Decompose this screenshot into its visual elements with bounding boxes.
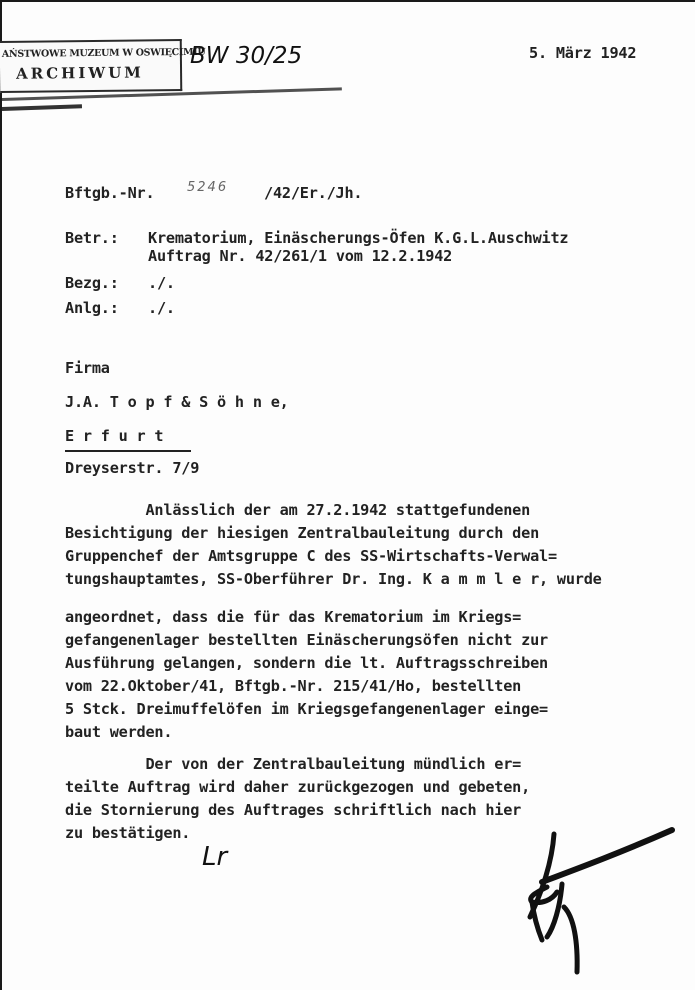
recipient-city: E r f u r t	[65, 427, 163, 445]
body-line: Der von der Zentralbauleitung mündlich e…	[65, 755, 521, 773]
stamp-rule-left	[2, 104, 82, 111]
body-line: gefangenenlager bestellten Einäscherungs…	[65, 631, 548, 649]
attachment-label: Anlg.:	[65, 299, 119, 317]
body-line: Gruppenchef der Amtsgruppe C des SS-Wirt…	[65, 547, 557, 565]
reference-suffix: /42/Er./Jh.	[264, 184, 362, 202]
relation-value: ./.	[148, 274, 175, 292]
body-line: tungshauptamtes, SS-Oberführer Dr. Ing. …	[65, 570, 602, 588]
body-line: angeordnet, dass die für das Krematorium…	[65, 608, 521, 626]
signature-icon	[502, 822, 682, 982]
body-line: vom 22.Oktober/41, Bftgb.-Nr. 215/41/Ho,…	[65, 677, 521, 695]
subject-label: Betr.:	[65, 229, 119, 247]
body-line: teilte Auftrag wird daher zurückgezogen …	[65, 778, 530, 796]
body-line: Besichtigung der hiesigen Zentralbauleit…	[65, 524, 539, 542]
city-underline	[65, 450, 191, 452]
body-line: baut werden.	[65, 723, 172, 741]
handwritten-reg-number: 5246	[187, 180, 228, 195]
reference-label: Bftgb.-Nr.	[65, 184, 154, 202]
handwritten-initial: Lr	[202, 842, 227, 872]
recipient-street: Dreyserstr. 7/9	[65, 459, 199, 477]
document-page: AŃSTWOWE MUZEUM W OSWIĘCIMIU ARCHIWUM BW…	[0, 0, 695, 990]
subject-line-2: Auftrag Nr. 42/261/1 vom 12.2.1942	[148, 247, 452, 265]
recipient-name: J.A. T o p f & S ö h n e,	[65, 393, 289, 411]
archive-reference: BW 30/25	[190, 43, 302, 69]
subject-line-1: Krematorium, Einäscherungs-Öfen K.G.L.Au…	[148, 229, 568, 247]
archive-stamp-archive: ARCHIWUM	[16, 63, 144, 82]
body-line: zu bestätigen.	[65, 824, 190, 842]
archive-stamp-museum: AŃSTWOWE MUZEUM W OSWIĘCIMIU	[2, 47, 206, 60]
archive-stamp: AŃSTWOWE MUZEUM W OSWIĘCIMIU ARCHIWUM	[0, 39, 182, 93]
body-line: Anlässlich der am 27.2.1942 stattgefunde…	[65, 501, 530, 519]
relation-label: Bezg.:	[65, 274, 119, 292]
body-line: 5 Stck. Dreimuffelöfen im Kriegsgefangen…	[65, 700, 548, 718]
recipient-firm-label: Firma	[65, 359, 110, 377]
body-line: Ausführung gelangen, sondern die lt. Auf…	[65, 654, 548, 672]
body-line: die Stornierung des Auftrages schriftlic…	[65, 801, 521, 819]
attachment-value: ./.	[148, 299, 175, 317]
letter-date: 5. März 1942	[529, 44, 636, 62]
